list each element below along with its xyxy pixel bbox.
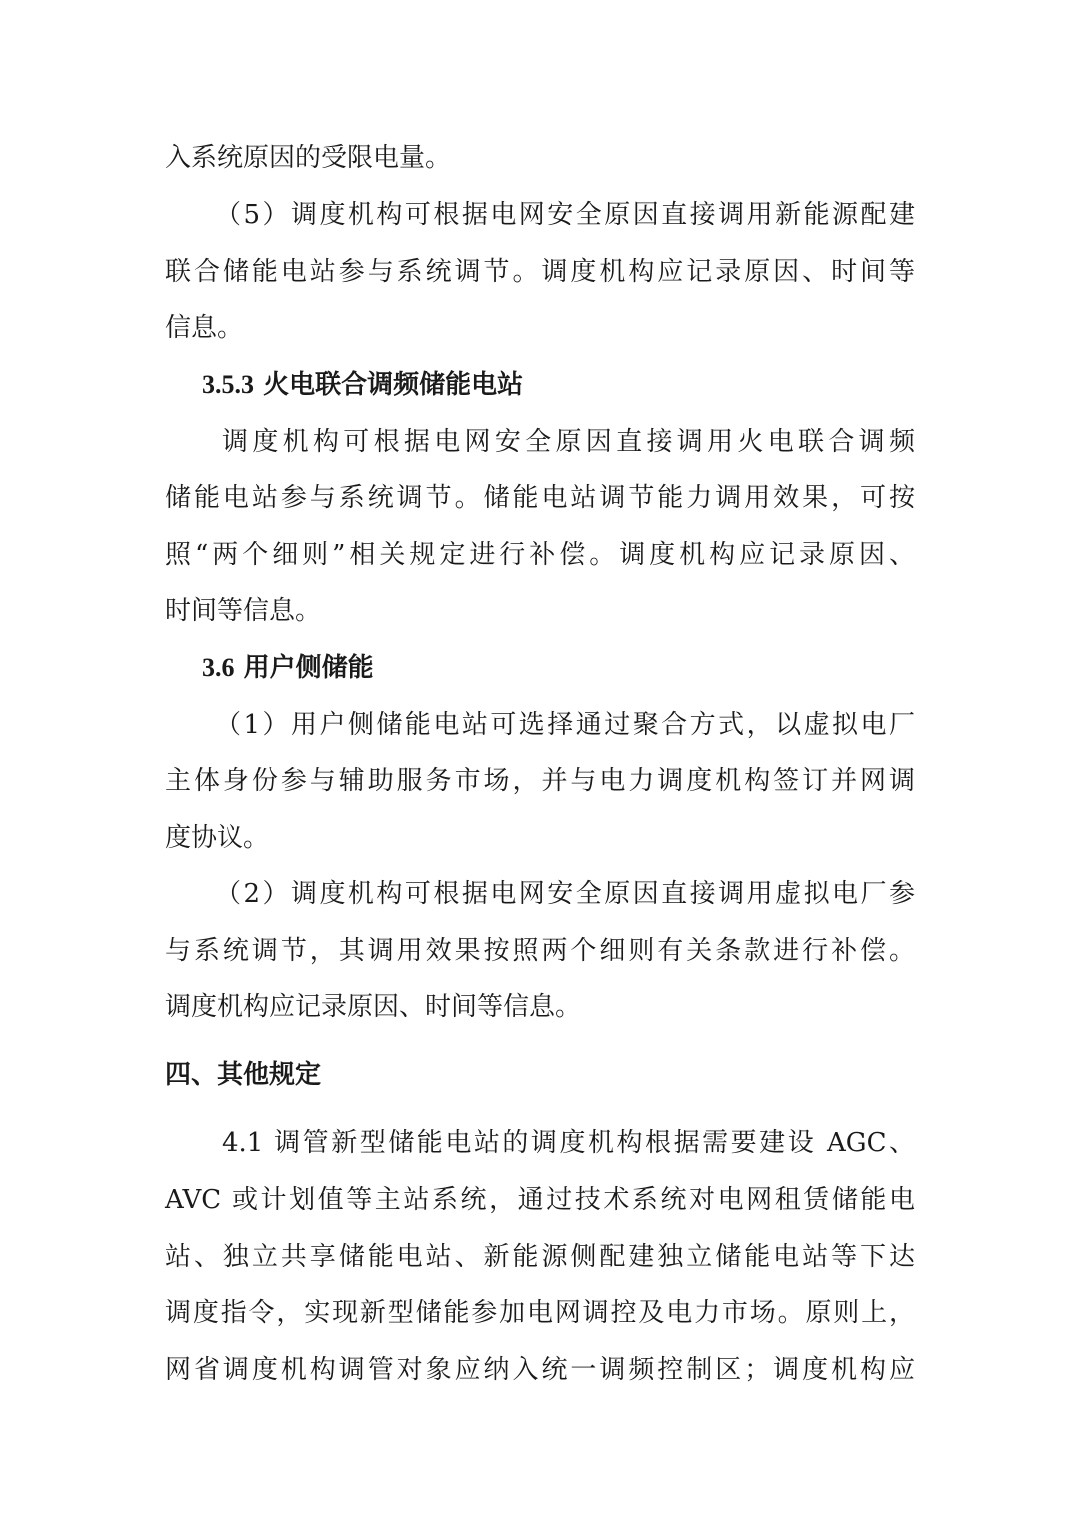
paragraph-line: 调度机构应记录原因、时间等信息。 [165,987,915,1027]
paragraph-line: 联合储能电站参与系统调节。调度机构应记录原因、时间等 [165,252,915,292]
paragraph-line: 时间等信息。 [165,591,915,631]
paragraph-line: 度协议。 [165,818,915,858]
heading-number: 3.5.3 [202,370,254,399]
section-heading-4: 四、其他规定 [165,1055,321,1095]
heading-number: 3.6 [202,653,235,682]
paragraph-line: 调度机构可根据电网安全原因直接调用火电联合调频 [222,422,915,462]
paragraph-line: 网省调度机构调管对象应纳入统一调频控制区；调度机构应 [165,1350,915,1390]
paragraph-line: （2）调度机构可根据电网安全原因直接调用虚拟电厂参 [215,874,915,914]
paragraph-line: 与系统调节，其调用效果按照两个细则有关条款进行补偿。 [165,931,915,971]
paragraph-line: 信息。 [165,308,915,348]
paragraph-line: 储能电站参与系统调节。储能电站调节能力调用效果，可按 [165,478,915,518]
paragraph-line: 入系统原因的受限电量。 [165,138,915,178]
paragraph-line: AVC 或计划值等主站系统，通过技术系统对电网租赁储能电 [165,1180,915,1220]
paragraph-line: 主体身份参与辅助服务市场，并与电力调度机构签订并网调 [165,761,915,801]
document-page: 入系统原因的受限电量。 （5）调度机构可根据电网安全原因直接调用新能源配建 联合… [0,0,1080,1527]
paragraph-line: 调度指令，实现新型储能参加电网调控及电力市场。原则上， [165,1293,915,1333]
paragraph-line: （1）用户侧储能电站可选择通过聚合方式，以虚拟电厂 [215,705,915,745]
subsection-heading-3-5-3: 3.5.3 火电联合调频储能电站 [202,365,523,405]
paragraph-line: 照“两个细则”相关规定进行补偿。调度机构应记录原因、 [165,535,915,575]
paragraph-line: 4.1 调管新型储能电站的调度机构根据需要建设 AGC、 [222,1123,915,1163]
heading-title: 用户侧储能 [244,653,374,683]
paragraph-line: 站、独立共享储能电站、新能源侧配建独立储能电站等下达 [165,1237,915,1277]
subsection-heading-3-6: 3.6 用户侧储能 [202,648,374,688]
heading-title: 火电联合调频储能电站 [263,370,523,400]
paragraph-line: （5）调度机构可根据电网安全原因直接调用新能源配建 [215,195,915,235]
